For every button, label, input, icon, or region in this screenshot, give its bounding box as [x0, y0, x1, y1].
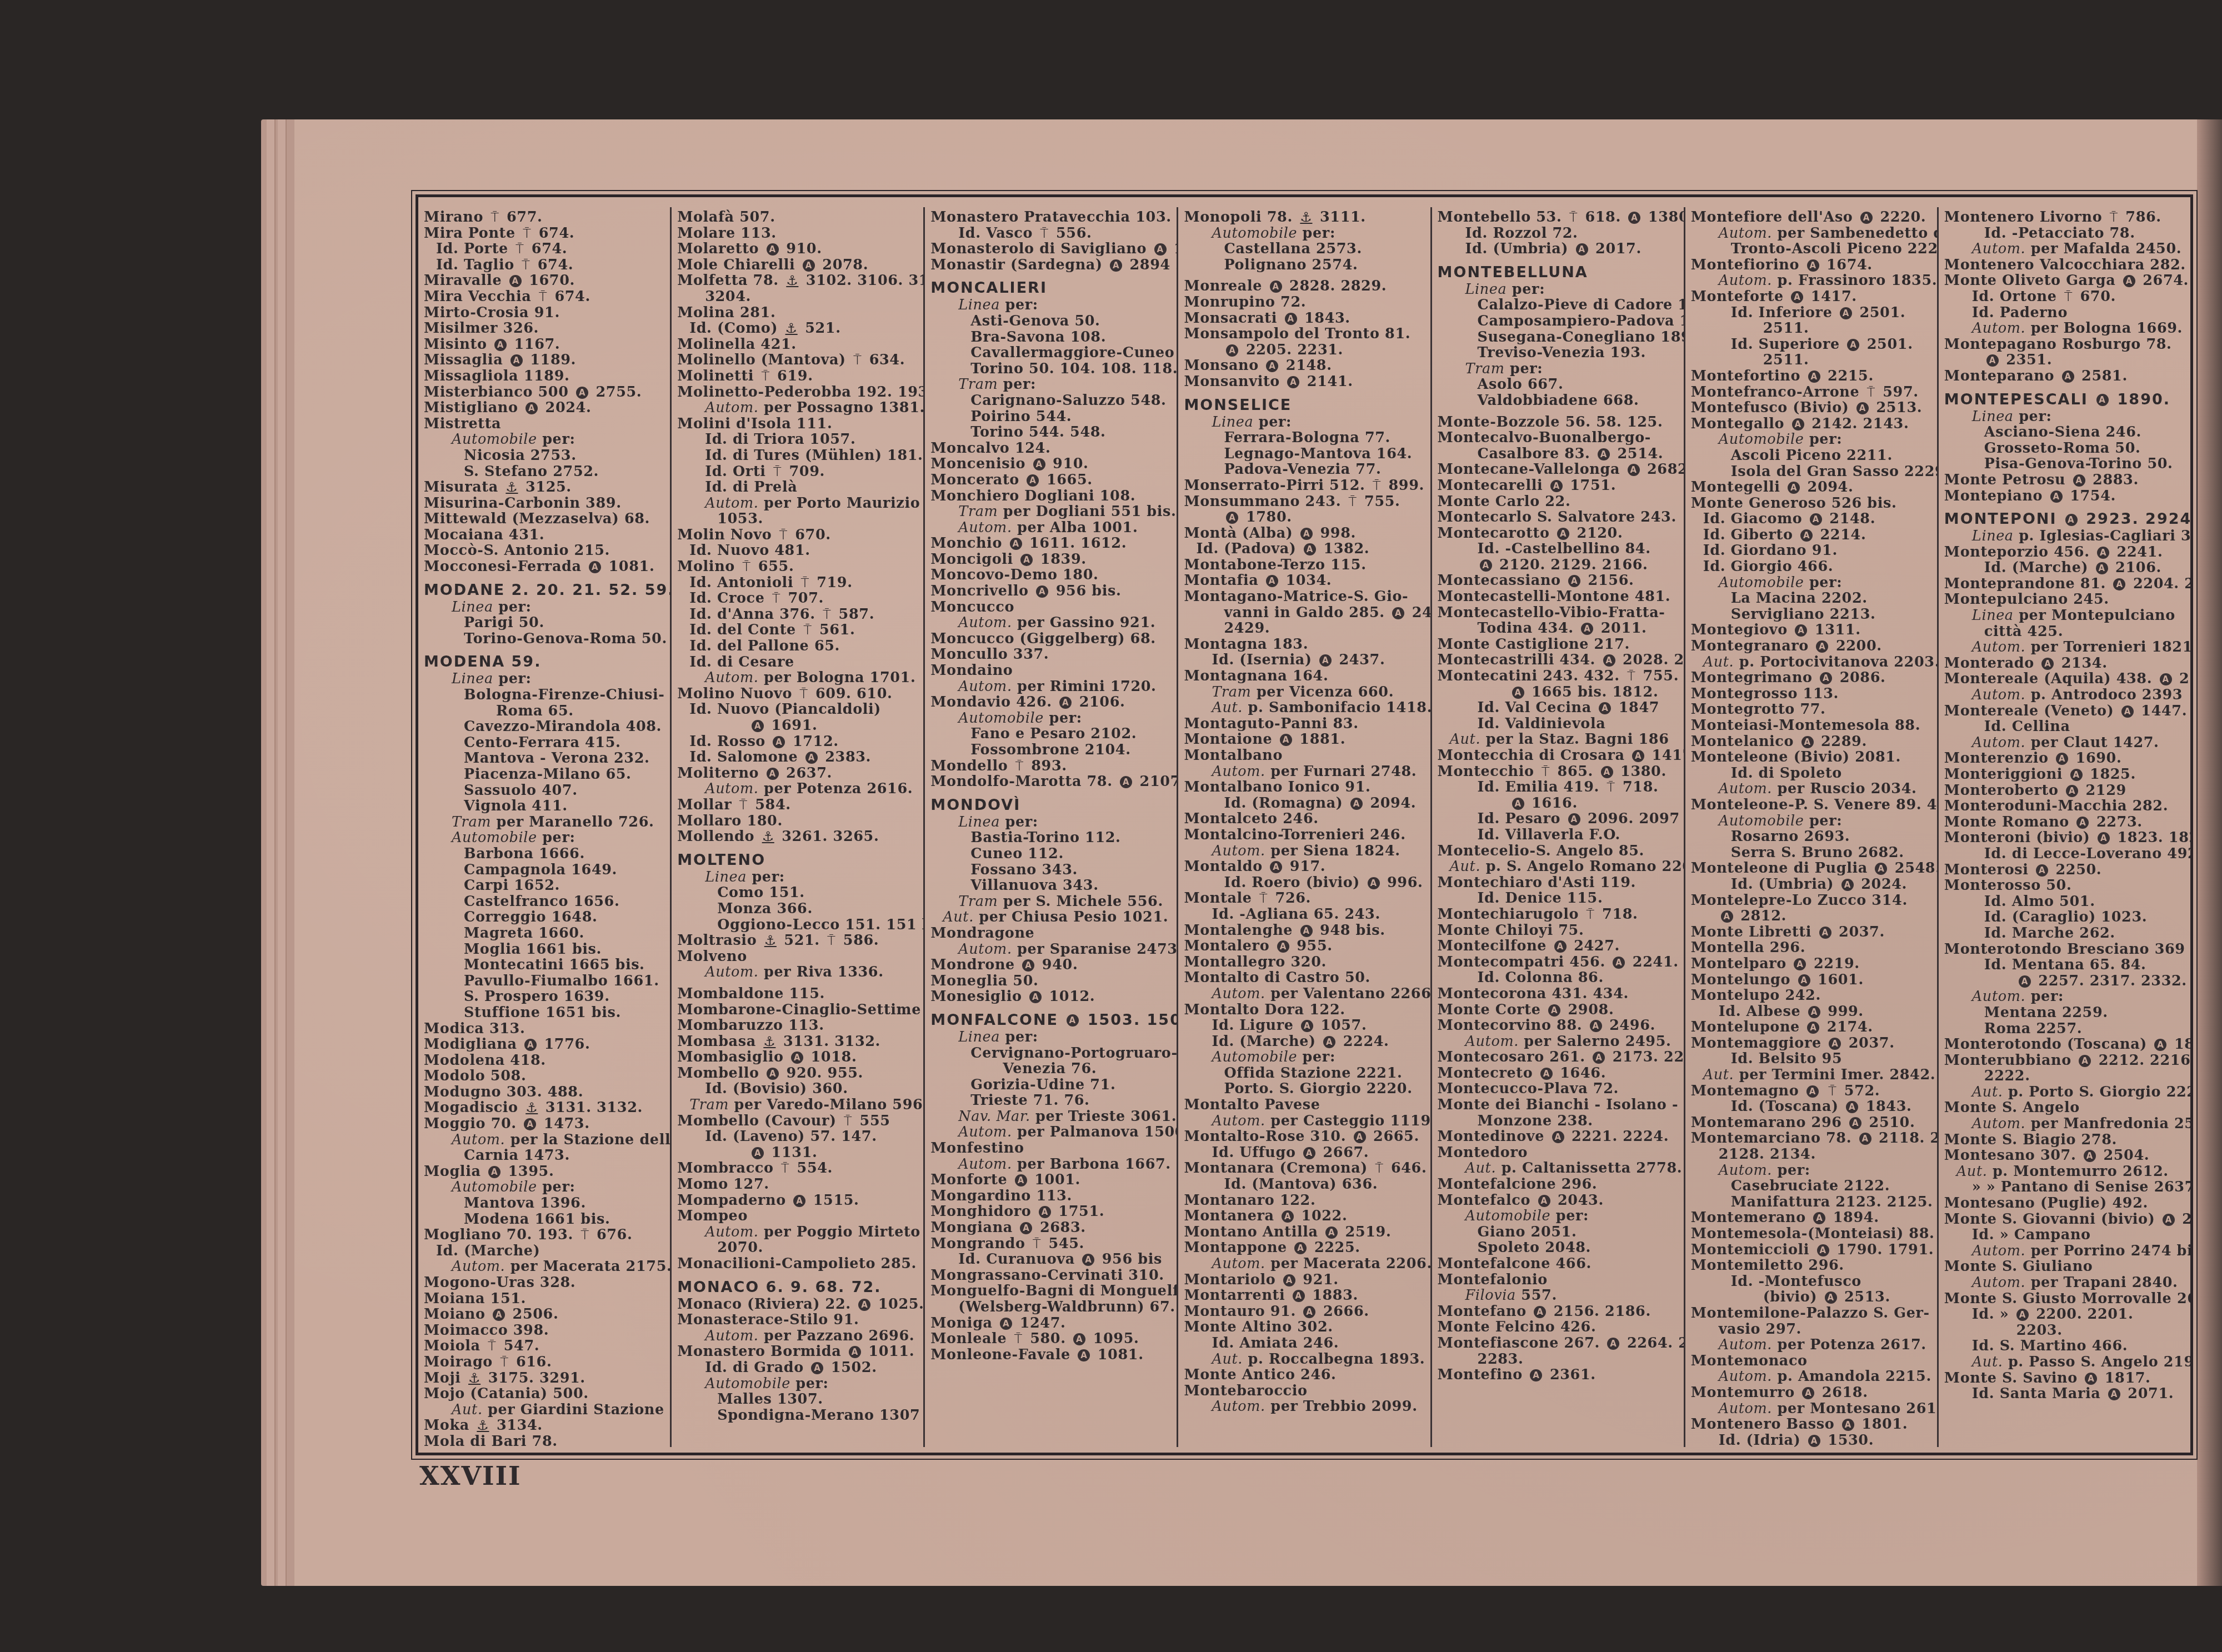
service-type-label: Aut.	[1465, 1160, 1497, 1177]
index-entry: Montecatini 1665 bis.	[424, 957, 665, 973]
index-entry: Gorizia-Udine 71.	[930, 1077, 1172, 1093]
index-entry: Cento-Ferrara 415.	[424, 735, 665, 751]
index-entry: Linea per:	[930, 297, 1172, 313]
automobile-service-icon: A	[1550, 480, 1563, 492]
index-entry: Id. -Castelbellino 84.	[1438, 541, 1679, 557]
index-entry: Montalbano	[1184, 748, 1425, 764]
index-entry: Montedoro	[1438, 1145, 1679, 1161]
index-entry: Autom. per Alba 1001.	[930, 520, 1172, 536]
index-entry: Asti-Genova 50.	[930, 313, 1172, 329]
automobile-service-icon: A	[1875, 863, 1887, 875]
service-type-label: Automobile	[1465, 1208, 1551, 1224]
index-entry: Montecosaro 261. A 2173. 2203.	[1438, 1049, 1679, 1065]
automobile-service-icon: A	[2019, 975, 2031, 988]
railway-station-icon: ⍑	[1627, 668, 1635, 684]
index-entry: Molinella 421.	[677, 337, 919, 353]
index-entry: Id. Curanuova A 956 bis	[930, 1251, 1172, 1268]
index-entry: Villanuova 343.	[930, 878, 1172, 894]
index-entry: Servigliano 2213.	[1691, 607, 1933, 623]
index-entry: Roma 2257.	[1944, 1021, 2186, 1037]
index-entry: Autom. per Manfredonia 2559	[1944, 1116, 2186, 1132]
automobile-service-icon: A	[1792, 418, 1804, 430]
index-column-1: Mirano ⍑ 677.Mira Ponte ⍑ 674.Id. Porte …	[418, 207, 672, 1447]
automobile-service-icon: A	[1350, 798, 1363, 810]
automobile-service-icon: A	[1552, 1131, 1564, 1143]
index-entry: Autom. per Pazzano 2696.	[677, 1328, 919, 1344]
index-entry: Mantova 1396.	[424, 1195, 665, 1212]
index-entry: Montaione A 1881.	[1184, 732, 1425, 748]
automobile-service-icon: A	[791, 1052, 803, 1064]
index-entry: Id. Marche 262.	[1944, 925, 2186, 942]
index-entry: Monteporzio 456. A 2241.	[1944, 544, 2186, 560]
index-entry: Id. (Marche)	[424, 1243, 665, 1259]
index-entry: Montalceto 246.	[1184, 811, 1425, 827]
index-entry: Bastia-Torino 112.	[930, 830, 1172, 846]
automobile-service-icon: A	[1806, 1085, 1819, 1098]
automobile-service-icon: A	[524, 1118, 536, 1130]
index-entry: Montecchia di Crosara A 1417.	[1438, 748, 1679, 764]
index-entry: Autom. per Torrenieri 1821.	[1944, 639, 2186, 655]
index-entry: Moggio 70. A 1473.	[424, 1116, 665, 1132]
index-entry: Autom. per Potenza 2617.	[1691, 1337, 1933, 1353]
index-entry: Trieste 71. 76.	[930, 1093, 1172, 1109]
service-type-label: Aut.	[1972, 1354, 2003, 1370]
index-entry: Linea per:	[677, 869, 919, 885]
index-entry: Id. di Spoleto	[1691, 765, 1933, 782]
railway-station-icon: ⍑	[2064, 289, 2073, 305]
index-entry: Id. Colonna 86.	[1438, 970, 1679, 986]
index-entry: Tram per:	[1438, 361, 1679, 377]
index-entry: Id. Giordano 91.	[1691, 543, 1933, 559]
index-entry: Montecarlo S. Salvatore 243.	[1438, 509, 1679, 525]
index-entry: Id. (Laveno) 57. 147.	[677, 1129, 919, 1145]
automobile-service-icon: A	[1067, 1014, 1079, 1027]
service-type-label: Autom.	[1212, 763, 1265, 780]
index-entry: Montelungo A 1601.	[1691, 972, 1933, 988]
index-entry: Mogono-Uras 328.	[424, 1275, 665, 1291]
index-entry: Id. Roero (bivio) A 996.	[1184, 875, 1425, 891]
index-entry: Mocconesi-Ferrada A 1081.	[424, 559, 665, 575]
index-entry: Legnago-Mantova 164.	[1184, 446, 1425, 462]
index-entry: Montalenghe A 948 bis.	[1184, 923, 1425, 939]
index-heading: MOLTENO	[677, 852, 919, 869]
index-entry: (Welsberg-Waldbrunn) 67.	[930, 1299, 1172, 1315]
service-type-label: Filovia	[1465, 1287, 1516, 1304]
index-entry: Aut. p. Passo S. Angelo 2194.	[1944, 1354, 2186, 1370]
index-entry: Autom. per Claut 1427.	[1944, 735, 2186, 751]
index-entry: Bologna-Firenze-Chiusi-	[424, 687, 665, 703]
automobile-service-icon: A	[1027, 474, 1039, 487]
index-entry: Treviso-Venezia 193.	[1438, 345, 1679, 361]
index-entry: Autom. p. Antrodoco 2393	[1944, 687, 2186, 703]
automobile-service-icon: A	[1613, 957, 1625, 969]
index-entry: Monserrato-Pirri 512. ⍑ 899.	[1184, 478, 1425, 494]
index-entry: Sassuolo 407.	[424, 783, 665, 799]
automobile-service-icon: A	[858, 1299, 870, 1311]
index-entry: Id. Pesaro A 2096. 2097	[1438, 811, 1679, 827]
index-entry: Correggio 1648.	[424, 909, 665, 925]
index-column-4: Monopoli 78. ⚓ 3111.Automobile per:Caste…	[1178, 207, 1432, 1447]
automobile-service-icon: A	[2163, 1214, 2175, 1226]
index-entry: Montesano (Puglie) 492.	[1944, 1195, 2186, 1212]
page-edge	[278, 119, 287, 1586]
index-entry: Id. (Marche) A 2224.	[1184, 1034, 1425, 1050]
index-entry: Bra-Savona 108.	[930, 329, 1172, 346]
service-type-label: Tram	[958, 503, 998, 520]
index-entry: Polignano 2574.	[1184, 257, 1425, 273]
index-entry: Moneglia 50.	[930, 973, 1172, 989]
index-entry: Monforte A 1001.	[930, 1172, 1172, 1188]
index-entry: Id. -Montefusco	[1691, 1274, 1933, 1290]
automobile-service-icon: A	[2096, 394, 2109, 406]
service-type-label: Aut.	[1212, 699, 1243, 716]
index-entry: Id. del Conte ⍑ 561.	[677, 622, 919, 638]
service-type-label: Aut.	[1972, 1084, 2003, 1100]
automobile-service-icon: A	[1581, 623, 1593, 635]
index-entry: Id. Albese A 999.	[1691, 1004, 1933, 1020]
automobile-service-icon: A	[2066, 785, 2078, 797]
index-entry: Id. Porte ⍑ 674.	[424, 241, 665, 257]
index-entry: Automobile per:	[424, 432, 665, 448]
index-entry: Montappone A 2225.	[1184, 1240, 1425, 1256]
automobile-service-icon: A	[2123, 275, 2135, 287]
index-entry: Id. Cellina	[1944, 719, 2186, 735]
index-column-5: Montebello 53. ⍑ 618. A 1380.Id. Rozzol …	[1432, 207, 1685, 1447]
index-entry: Vignola 411.	[424, 798, 665, 814]
index-entry: Monzone 238.	[1438, 1113, 1679, 1129]
index-entry: Oggiono-Lecco 151. 151 bis. 366	[677, 917, 919, 933]
service-type-label: Aut.	[1212, 1351, 1243, 1368]
index-entry: Campagnola 1649.	[424, 862, 665, 878]
index-entry: A 1665 bis. 1812.	[1438, 684, 1679, 700]
railway-station-icon: ⍑	[1015, 758, 1024, 774]
automobile-service-icon: A	[1015, 1174, 1027, 1187]
index-entry: Tram per Maranello 726.	[424, 814, 665, 830]
service-type-label: Tram	[958, 376, 998, 393]
automobile-service-icon: A	[1020, 554, 1033, 566]
railway-station-icon: ⍑	[853, 352, 862, 368]
railway-station-icon: ⍑	[1867, 384, 1875, 401]
index-entry: Molinello (Mantova) ⍑ 634.	[677, 352, 919, 368]
index-entry: Mistigliano A 2024.	[424, 400, 665, 416]
service-type-label: Autom.	[705, 780, 758, 797]
automobile-service-icon: A	[1590, 1020, 1602, 1032]
page-fold-shadow	[2197, 119, 2222, 1586]
automobile-service-icon: A	[752, 1147, 764, 1159]
port-anchor-icon: ⚓	[764, 933, 777, 949]
index-entry: Moncerato A 1665.	[930, 472, 1172, 488]
index-entry: Id. Amiata 246.	[1184, 1335, 1425, 1351]
index-entry: Monte dei Bianchi - Isolano -	[1438, 1097, 1679, 1113]
index-entry: Asolo 667.	[1438, 377, 1679, 393]
index-entry: Autom. per Gassino 921.	[930, 615, 1172, 631]
service-type-label: Linea	[958, 297, 1000, 313]
port-anchor-icon: ⚓	[468, 1370, 481, 1386]
index-entry: Montelupone A 2174.	[1691, 1019, 1933, 1035]
index-entry: Moimacco 398.	[424, 1323, 665, 1339]
railway-station-icon: ⍑	[800, 686, 808, 702]
index-entry: 2128. 2134.	[1691, 1147, 1933, 1163]
port-anchor-icon: ⚓	[763, 1034, 775, 1050]
automobile-service-icon: A	[811, 1362, 823, 1374]
automobile-service-icon: A	[1059, 697, 1072, 709]
index-entry: Autom. per Riva 1336.	[677, 964, 919, 980]
index-entry: Susegana-Conegliano 189.	[1438, 329, 1679, 346]
index-entry: Automobile per:	[424, 1179, 665, 1195]
railway-station-icon: ⍑	[1607, 779, 1615, 795]
service-type-label: Automobile	[1719, 813, 1804, 829]
index-entry: Monte S. Giusto Morrovalle 261	[1944, 1291, 2186, 1307]
automobile-service-icon: A	[1304, 543, 1316, 555]
automobile-service-icon: A	[589, 561, 601, 573]
automobile-service-icon: A	[2076, 817, 2089, 829]
index-entry: Valdobbiadene 668.	[1438, 393, 1679, 409]
index-entry: Montemerano A 1894.	[1691, 1210, 1933, 1226]
index-entry: Id. Mentana 65. 84.	[1944, 957, 2186, 973]
index-column-7: Montenero Livorno ⍑ 786.Id. -Petacciato …	[1939, 207, 2190, 1447]
service-type-label: Automobile	[1719, 431, 1804, 448]
automobile-service-icon: A	[2070, 769, 2083, 781]
index-entry: Montecelio-S. Angelo 85.	[1438, 843, 1679, 859]
automobile-service-icon: A	[1512, 687, 1524, 699]
index-entry: Id. (Caraglio) 1023.	[1944, 909, 2186, 925]
index-entry: Montagnana 164.	[1184, 668, 1425, 684]
railway-station-icon: ⍑	[772, 590, 780, 607]
automobile-service-icon: A	[1807, 1022, 1819, 1034]
index-entry: Mondaino	[930, 663, 1172, 679]
index-entry: Misurina-Carbonin 389.	[424, 495, 665, 512]
index-entry: Giano 2051.	[1438, 1224, 1679, 1240]
index-entry: A 2351.	[1944, 352, 2186, 368]
index-entry: S. Prospero 1639.	[424, 989, 665, 1005]
railway-station-icon: ⍑	[522, 257, 530, 273]
index-entry: Montecastelli-Montone 481.	[1438, 589, 1679, 605]
service-type-label: Autom.	[1972, 1274, 2025, 1291]
index-entry: Linea per:	[930, 1029, 1172, 1045]
index-entry: Id. Valdinievola	[1438, 716, 1679, 732]
automobile-service-icon: A	[1036, 585, 1048, 598]
index-entry: Id. Uffugo A 2667.	[1184, 1145, 1425, 1161]
service-type-label: Autom.	[1719, 780, 1772, 797]
index-entry: Mondrone A 940.	[930, 957, 1172, 973]
index-entry: Autom. per Poggio Mirteto	[677, 1224, 919, 1240]
automobile-service-icon: A	[767, 1068, 779, 1080]
index-entry: Asciano-Siena 246.	[1944, 424, 2186, 440]
automobile-service-icon: A	[1300, 925, 1313, 937]
index-entry: Molini d'Isola 111.	[677, 416, 919, 432]
index-entry: Montegrimano A 2086.	[1691, 670, 1933, 686]
index-entry: Monte Altino 302.	[1184, 1319, 1425, 1335]
index-entry: Moliterno A 2637.	[677, 765, 919, 782]
index-entry: Malles 1307.	[677, 1391, 919, 1408]
automobile-service-icon: A	[1226, 512, 1238, 524]
index-entry: Porto. S. Giorgio 2220.	[1184, 1081, 1425, 1097]
automobile-service-icon: A	[1808, 1435, 1820, 1447]
automobile-service-icon: A	[1554, 940, 1567, 953]
index-entry: Linea per:	[1944, 409, 2186, 425]
index-entry: Id. di Tures (Mühlen) 181.	[677, 448, 919, 464]
service-type-label: Aut.	[1703, 1067, 1734, 1083]
port-anchor-icon: ⚓	[786, 273, 798, 289]
service-type-label: Linea	[705, 869, 747, 885]
index-entry: Id. di Prelà	[677, 479, 919, 495]
index-entry: Monterotondo (Toscana) A 1866.	[1944, 1037, 2186, 1053]
index-entry: Misinto A 1167.	[424, 337, 665, 353]
index-entry: Monte Libretti A 2037.	[1691, 924, 1933, 940]
automobile-service-icon: A	[2154, 1039, 2166, 1051]
index-entry: Montafia A 1034.	[1184, 573, 1425, 589]
index-entry: Monsanvito A 2141.	[1184, 374, 1425, 390]
index-entry: Montepagano Rosburgo 78.	[1944, 337, 2186, 353]
index-entry: Molveno	[677, 949, 919, 965]
index-entry: Molino ⍑ 655.	[677, 559, 919, 575]
index-entry: 2511.	[1691, 352, 1933, 368]
index-entry: Montecassiano A 2156.	[1438, 573, 1679, 589]
index-entry: Mompaderno A 1515.	[677, 1193, 919, 1209]
index-entry: Monsampolo del Tronto 81.	[1184, 326, 1425, 342]
automobile-service-icon: A	[2097, 547, 2109, 559]
automobile-service-icon: A	[2098, 832, 2110, 844]
index-entry: vasio 297.	[1691, 1321, 1933, 1338]
index-entry: Mombello (Cavour) ⍑ 555	[677, 1113, 919, 1129]
railway-station-icon: ⍑	[827, 933, 835, 949]
index-entry: Aut. per la Staz. Bagni 186	[1438, 732, 1679, 748]
automobile-service-icon: A	[1802, 1387, 1814, 1399]
index-entry: Monasterolo di Savigliano A 1016	[930, 241, 1172, 257]
port-anchor-icon: ⚓	[762, 829, 774, 845]
index-entry: Monte Generoso 526 bis.	[1691, 495, 1933, 512]
index-entry: Mombaldone 115.	[677, 986, 919, 1002]
index-entry: Automobile per:	[930, 710, 1172, 727]
index-entry: Linea per:	[424, 599, 665, 615]
automobile-service-icon: A	[1266, 360, 1278, 372]
automobile-service-icon: A	[849, 1346, 861, 1358]
index-entry: Molina 281.	[677, 305, 919, 321]
index-entry: Mole Chiarelli A 2078.	[677, 257, 919, 273]
index-entry: Montecarotto A 2120.	[1438, 525, 1679, 542]
automobile-service-icon: A	[1598, 448, 1610, 460]
index-entry: Montefano A 2156. 2186.	[1438, 1304, 1679, 1320]
index-entry: Rosarno 2693.	[1691, 829, 1933, 845]
index-entry: Id. Belsito 95	[1691, 1051, 1933, 1067]
index-heading: MONCALIERI	[930, 279, 1172, 297]
index-entry: Autom. per Macerata 2175.	[424, 1259, 665, 1275]
index-entry: Tram per Dogliani 551 bis.	[930, 504, 1172, 520]
index-entry: Montecastrilli 434. A 2028. 2030.	[1438, 652, 1679, 668]
automobile-service-icon: A	[1813, 1212, 1825, 1224]
index-entry: Monfestino	[930, 1140, 1172, 1157]
index-entry: Aut. p. Porto S. Giorgio 2222.	[1944, 1084, 2186, 1100]
index-entry: Monte Carlo 22.	[1438, 494, 1679, 510]
index-entry: Id. Nuovo (Piancaldoli)	[677, 702, 919, 718]
railway-station-icon: ⍑	[580, 1227, 589, 1243]
index-entry: Montauro 91. A 2666.	[1184, 1304, 1425, 1320]
index-entry: Montalcino-Torrenieri 246.	[1184, 827, 1425, 843]
index-entry: Monte S. Savino A 1817.	[1944, 1370, 2186, 1386]
automobile-service-icon: A	[1568, 575, 1580, 587]
index-entry: 2511.	[1691, 321, 1933, 337]
automobile-service-icon: A	[2096, 562, 2108, 574]
index-entry: Missaglia A 1189.	[424, 352, 665, 368]
service-type-label: Autom.	[958, 678, 1012, 695]
index-entry: Torino 50. 104. 108. 118.	[930, 361, 1172, 377]
automobile-service-icon: A	[2041, 658, 2054, 670]
index-entry: A 1780.	[1184, 509, 1425, 525]
index-entry: Carignano-Saluzzo 548.	[930, 393, 1172, 409]
automobile-service-icon: A	[2065, 514, 2078, 526]
index-entry: Montariolo A 921.	[1184, 1272, 1425, 1288]
service-type-label: Aut.	[1956, 1163, 1988, 1180]
automobile-service-icon: A	[1319, 654, 1332, 667]
automobile-service-icon: A	[1593, 1052, 1605, 1064]
index-entry: Monacilioni-Campolieto 285.	[677, 1256, 919, 1272]
index-entry: Tram per:	[930, 377, 1172, 393]
index-entry: Molin Novo ⍑ 670.	[677, 527, 919, 543]
index-entry: Poirino 544.	[930, 409, 1172, 425]
index-entry: Id. (Como) ⚓ 521.	[677, 321, 919, 337]
index-entry: Montefortino A 2215.	[1691, 368, 1933, 384]
automobile-service-icon: A	[1000, 1318, 1012, 1330]
index-entry: Montemagno A ⍑ 572.	[1691, 1083, 1933, 1099]
index-entry: Automobile per:	[424, 830, 665, 846]
automobile-service-icon: A	[1601, 766, 1613, 778]
index-entry: Ascoli Piceno 2211.	[1691, 448, 1933, 464]
automobile-service-icon: A	[1846, 1101, 1858, 1113]
index-entry: Mondavio 426. A 2106.	[930, 694, 1172, 710]
index-entry: Fossombrone 2104.	[930, 742, 1172, 758]
index-entry: 2070.	[677, 1240, 919, 1256]
automobile-service-icon: A	[1512, 798, 1524, 810]
service-type-label: Autom.	[705, 399, 758, 416]
index-entry: Montegranaro A 2200.	[1691, 638, 1933, 654]
index-entry: Molino Nuovo ⍑ 609. 610.	[677, 686, 919, 702]
railway-station-icon: ⍑	[1373, 478, 1381, 494]
index-entry: Molafà 507.	[677, 209, 919, 226]
service-type-label: Linea	[1972, 607, 2014, 624]
index-entry: Serra S. Bruno 2682.	[1691, 845, 1933, 861]
index-entry: Montefalonio	[1438, 1272, 1679, 1288]
service-type-label: Autom.	[1719, 1162, 1772, 1179]
automobile-service-icon: A	[494, 339, 507, 351]
service-type-label: Autom.	[1465, 1033, 1519, 1050]
index-entry: Id. Ortone ⍑ 670.	[1944, 289, 2186, 305]
index-entry: » » Pantano di Senise 2637	[1944, 1179, 2186, 1195]
index-heading: MONFALCONE A 1503. 1505	[930, 1012, 1172, 1029]
automobile-service-icon: A	[1795, 624, 1807, 637]
railway-station-icon: ⍑	[1569, 209, 1578, 226]
index-entry: Modigliana A 1776.	[424, 1037, 665, 1053]
index-entry: Monaco (Riviera) 22. A 1025.	[677, 1296, 919, 1313]
index-entry: Montecalvo-Buonalbergo-	[1438, 430, 1679, 446]
index-entry: Montaguto-Panni 83.	[1184, 716, 1425, 732]
automobile-service-icon: A	[1798, 974, 1810, 987]
automobile-service-icon: A	[1280, 734, 1292, 746]
index-entry: Autom. per Ruscio 2034.	[1691, 781, 1933, 797]
index-entry: Montechiarugolo ⍑ 718.	[1438, 907, 1679, 923]
index-entry: Id. (Isernia) A 2437.	[1184, 652, 1425, 668]
index-entry: Moirago ⍑ 616.	[424, 1354, 665, 1370]
index-entry: Carnia 1473.	[424, 1148, 665, 1164]
index-entry: Monte Felcino 426.	[1438, 1319, 1679, 1335]
index-entry: Id. (Toscana) A 1843.	[1691, 1099, 1933, 1115]
index-entry: Monsummano 243. ⍑ 755.	[1184, 494, 1425, 510]
index-entry: Monastero Bormida A 1011.	[677, 1344, 919, 1360]
automobile-service-icon: A	[1807, 259, 1819, 272]
service-type-label: Autom.	[705, 1224, 758, 1240]
service-type-label: Autom.	[1212, 1255, 1265, 1272]
index-entry: 1053.	[677, 511, 919, 527]
index-entry: Id. Orti ⍑ 709.	[677, 464, 919, 480]
